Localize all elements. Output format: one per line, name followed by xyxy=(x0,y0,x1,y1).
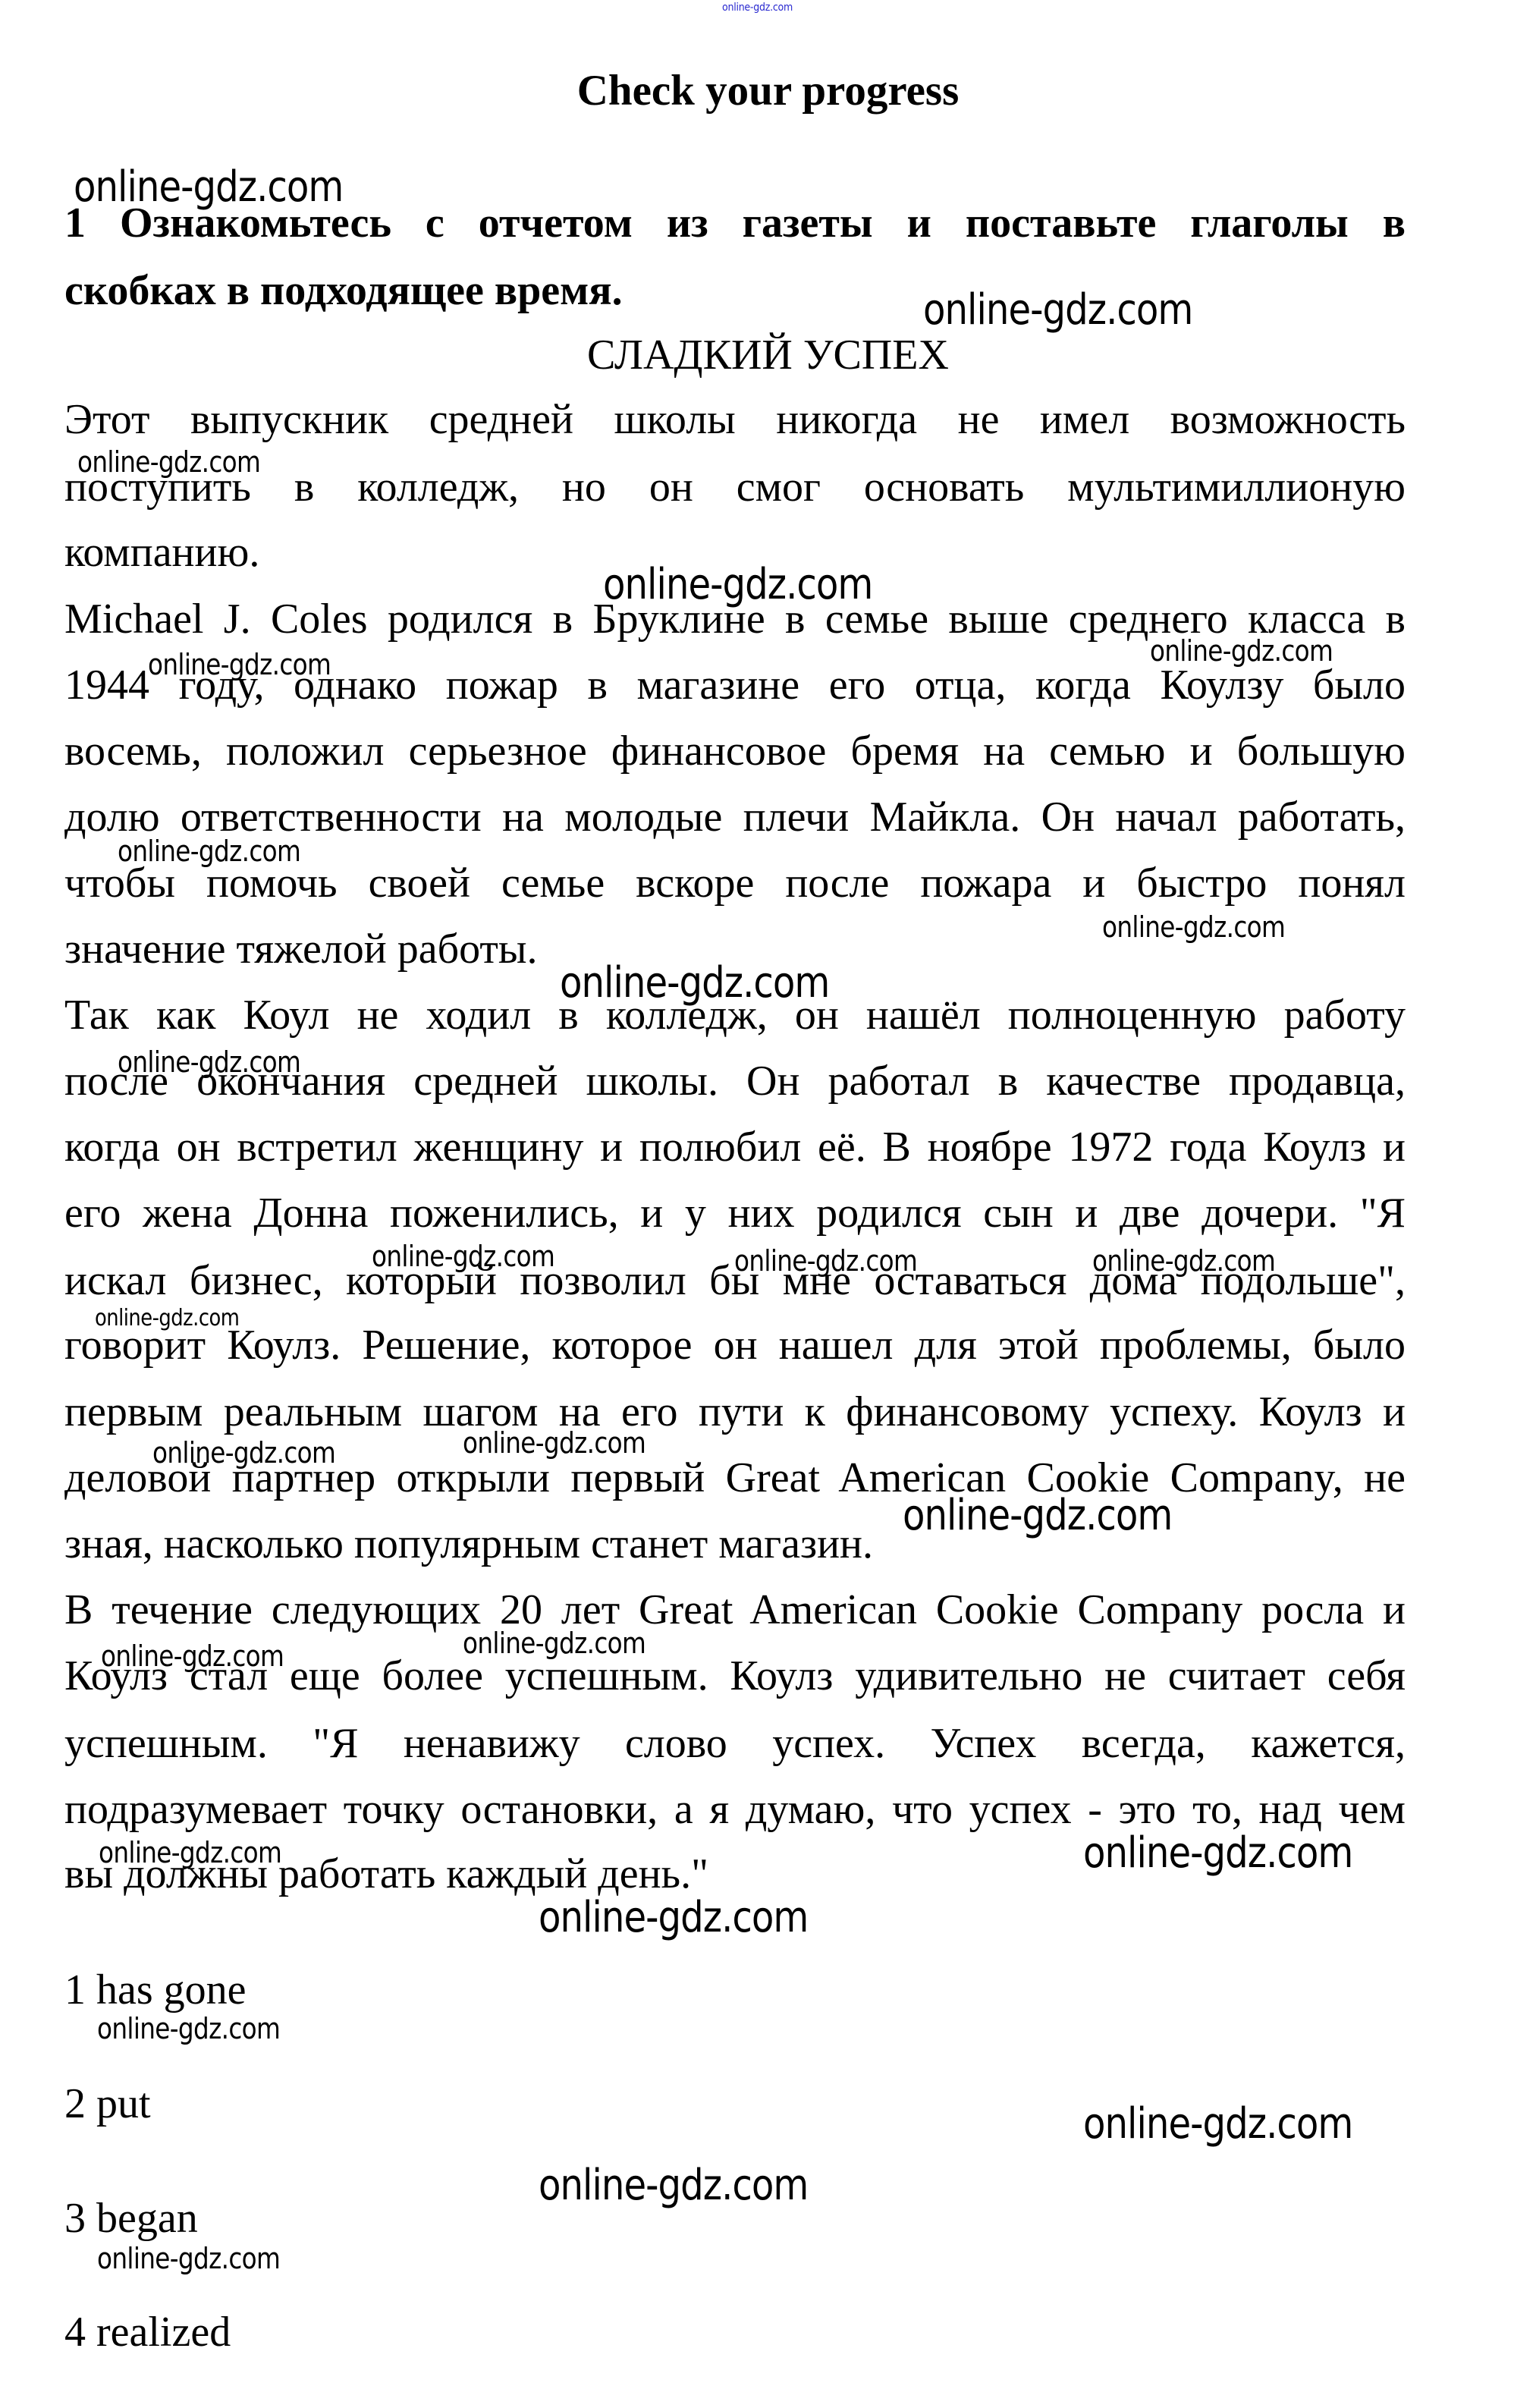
body-line: зная, насколько популярным станет магази… xyxy=(64,1520,1406,1568)
body-line: Этот выпускник средней школы никогда не … xyxy=(64,395,1406,444)
watermark: online-gdz.com xyxy=(463,1627,645,1660)
watermark: online-gdz.com xyxy=(99,1836,281,1869)
watermark: online-gdz.com xyxy=(734,1244,917,1278)
page-title: Check your progress xyxy=(0,67,1536,115)
watermark: online-gdz.com xyxy=(923,285,1192,335)
answer-item: 1 has gone xyxy=(64,1966,1406,2014)
watermark: online-gdz.com xyxy=(95,1305,239,1331)
body-line: поступить в колледж, но он смог основать… xyxy=(64,463,1406,511)
watermark: online-gdz.com xyxy=(1083,2099,1352,2149)
watermark: online-gdz.com xyxy=(560,958,829,1008)
watermark: online-gdz.com xyxy=(118,835,300,868)
watermark: online-gdz.com xyxy=(372,1240,554,1273)
watermark: online-gdz.com xyxy=(148,648,331,681)
watermark: online-gdz.com xyxy=(97,2012,280,2045)
body-line: когда он встретил женщину и полюбил её. … xyxy=(64,1123,1406,1171)
watermark: online-gdz.com xyxy=(97,2242,280,2275)
article-title: СЛАДКИЙ УСПЕХ xyxy=(0,331,1536,379)
answer-item: 4 realized xyxy=(64,2308,1406,2356)
watermark: online-gdz.com xyxy=(603,560,872,609)
body-line: подразумевает точку остановки, а я думаю… xyxy=(64,1785,1406,1834)
watermark: online-gdz.com xyxy=(74,162,343,212)
watermark-top: online-gdz.com xyxy=(722,2,793,14)
body-line: говорит Коулз. Решение, которое он нашел… xyxy=(64,1321,1406,1369)
body-line: восемь, положил серьезное финансовое бре… xyxy=(64,727,1406,775)
watermark: online-gdz.com xyxy=(152,1436,335,1470)
watermark: online-gdz.com xyxy=(1092,1244,1275,1278)
watermark: online-gdz.com xyxy=(1150,634,1333,668)
body-line: первым реальным шагом на его пути к фина… xyxy=(64,1388,1406,1436)
watermark: online-gdz.com xyxy=(118,1045,300,1079)
document-page: online-gdz.com Check your progress 1 Озн… xyxy=(0,0,1536,2408)
body-line: В течение следующих 20 лет Great America… xyxy=(64,1586,1406,1634)
instruction-line-2: скобках в подходящее время. xyxy=(64,266,1406,315)
watermark: online-gdz.com xyxy=(539,1893,808,1942)
watermark: online-gdz.com xyxy=(77,445,260,479)
watermark: online-gdz.com xyxy=(539,2161,808,2210)
watermark: online-gdz.com xyxy=(463,1426,645,1460)
body-line: успешным. "Я ненавижу слово успех. Успех… xyxy=(64,1719,1406,1768)
watermark: online-gdz.com xyxy=(101,1639,284,1673)
watermark: online-gdz.com xyxy=(903,1491,1172,1540)
watermark: online-gdz.com xyxy=(1102,910,1285,944)
body-line: его жена Донна поженились, и у них родил… xyxy=(64,1189,1406,1237)
watermark: online-gdz.com xyxy=(1083,1828,1352,1878)
